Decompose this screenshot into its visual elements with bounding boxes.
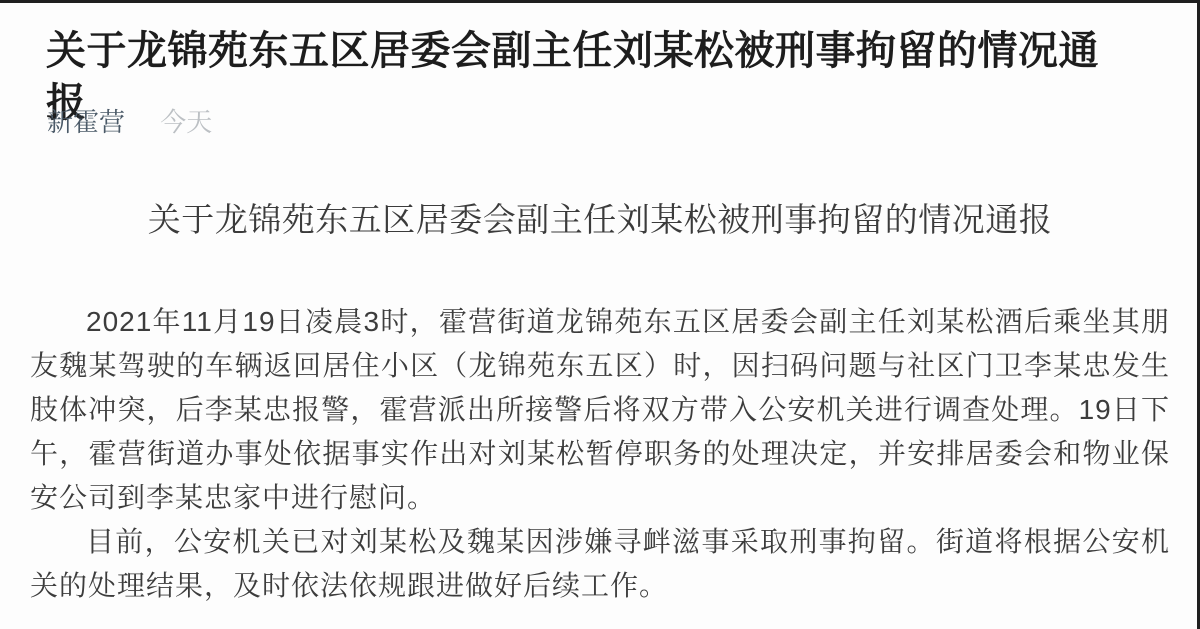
notice-paragraph-2: 目前，公安机关已对刘某松及魏某因涉嫌寻衅滋事采取刑事拘留。街道将根据公安机关的处… xyxy=(30,520,1170,608)
notice-paragraph-1: 2021年11月19日凌晨3时，霍营街道龙锦苑东五区居委会副主任刘某松酒后乘坐其… xyxy=(30,300,1170,520)
notice-heading: 关于龙锦苑东五区居委会副主任刘某松被刑事拘留的情况通报 xyxy=(30,199,1170,240)
byline: 新霍营 今天 xyxy=(47,107,212,138)
notice-body: 关于龙锦苑东五区居委会副主任刘某松被刑事拘留的情况通报 2021年11月19日凌… xyxy=(30,199,1170,608)
article-screenshot: 关于龙锦苑东五区居委会副主任刘某松被刑事拘留的情况通报 新霍营 今天 关于龙锦苑… xyxy=(0,0,1200,629)
publish-time: 今天 xyxy=(160,107,212,137)
article-content: 关于龙锦苑东五区居委会副主任刘某松被刑事拘留的情况通报 新霍营 今天 关于龙锦苑… xyxy=(0,3,1197,629)
account-name-link[interactable]: 新霍营 xyxy=(47,107,125,137)
